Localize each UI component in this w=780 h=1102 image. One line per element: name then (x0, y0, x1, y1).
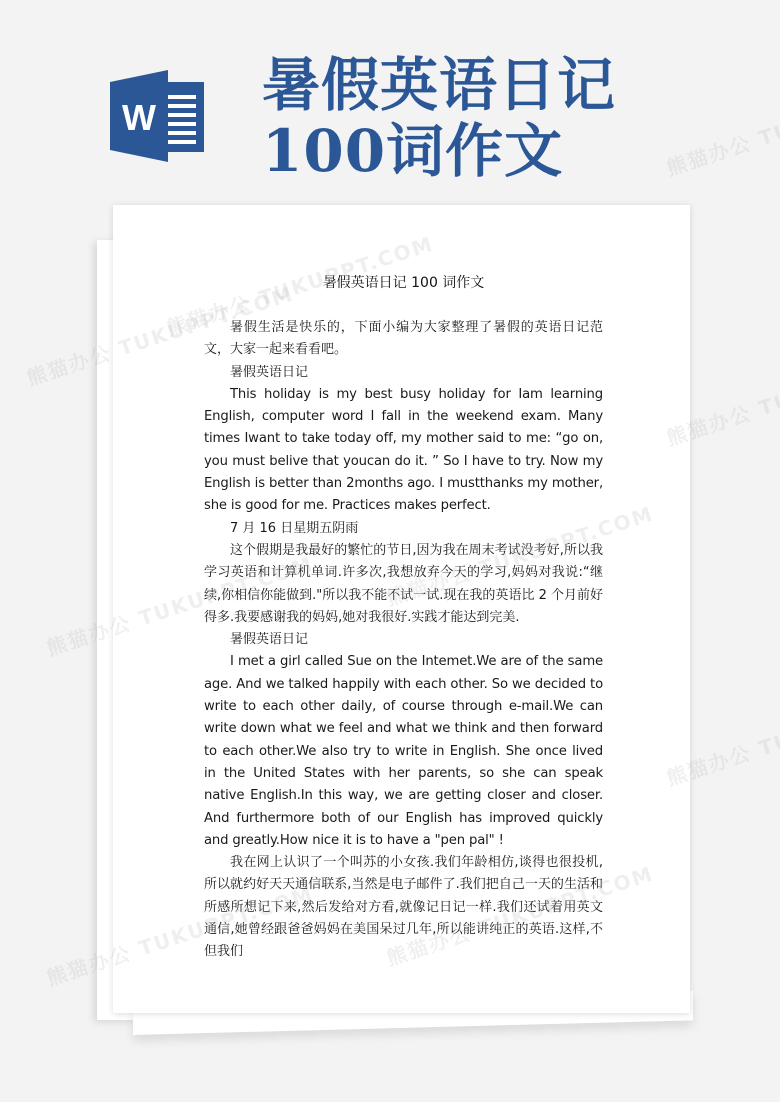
chinese-translation-paragraph: 这个假期是我最好的繁忙的节日,因为我在周末考试没考好,所以我学习英语和计算机单词… (204, 540, 603, 629)
diary-date: 7 月 16 日星期五阴雨 (204, 518, 603, 540)
section-title: 暑假英语日记 (204, 362, 603, 384)
english-diary-paragraph: I met a girl called Sue on the Intemet.W… (204, 651, 603, 852)
section-title: 暑假英语日记 (204, 629, 603, 651)
document-title: 暑假英语日记100词作文 (262, 52, 642, 184)
english-diary-paragraph: This holiday is my best busy holiday for… (204, 384, 603, 518)
word-icon: W (108, 68, 208, 164)
page-content: 暑假英语日记 100 词作文 暑假生活是快乐的，下面小编为大家整理了暑假的英语日… (204, 273, 603, 964)
intro-paragraph: 暑假生活是快乐的，下面小编为大家整理了暑假的英语日记范文，大家一起来看看吧。 (204, 317, 603, 362)
header: W 暑假英语日记100词作文 (0, 0, 780, 200)
chinese-translation-paragraph: 我在网上认识了一个叫苏的小女孩.我们年龄相仿,谈得也很投机,所以就约好天天通信联… (204, 852, 603, 963)
document-page: 暑假英语日记 100 词作文 暑假生活是快乐的，下面小编为大家整理了暑假的英语日… (113, 205, 690, 1013)
svg-text:W: W (122, 97, 156, 138)
page-heading: 暑假英语日记 100 词作文 (204, 273, 603, 293)
